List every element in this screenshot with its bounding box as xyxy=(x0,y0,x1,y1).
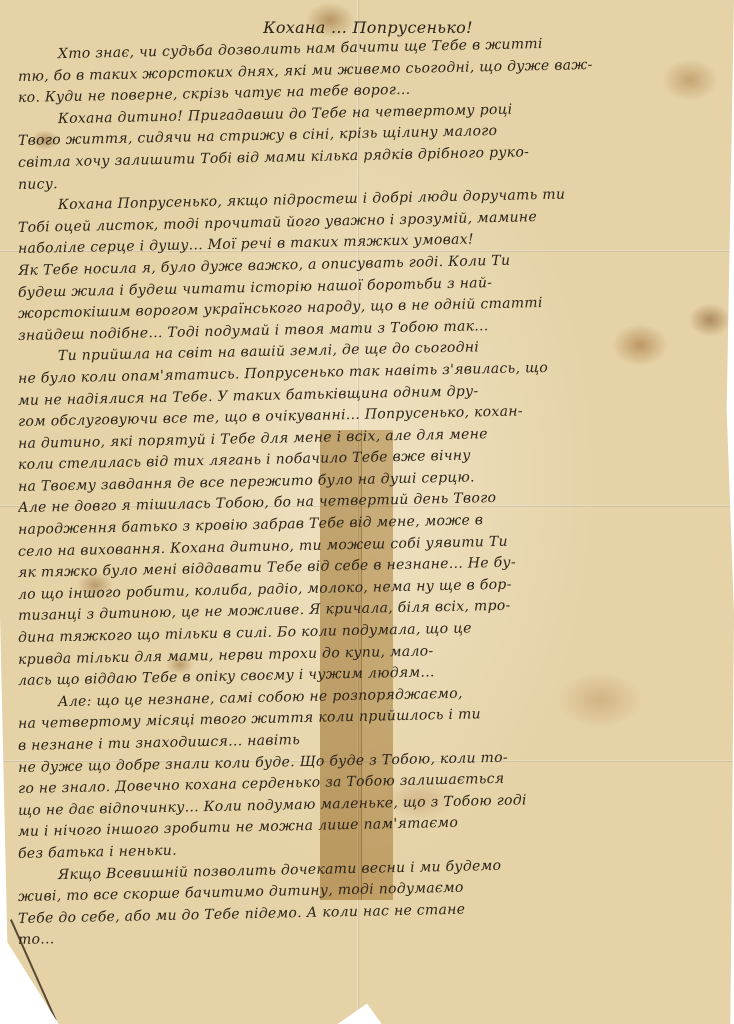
letter-body: Хто знає, чи судьба дозволить нам бачити… xyxy=(18,45,718,952)
letter-paper: Кохана ... Попрусенько! Хто знає, чи суд… xyxy=(0,0,734,1024)
handwritten-text: Кохана ... Попрусенько! Хто знає, чи суд… xyxy=(18,18,718,952)
